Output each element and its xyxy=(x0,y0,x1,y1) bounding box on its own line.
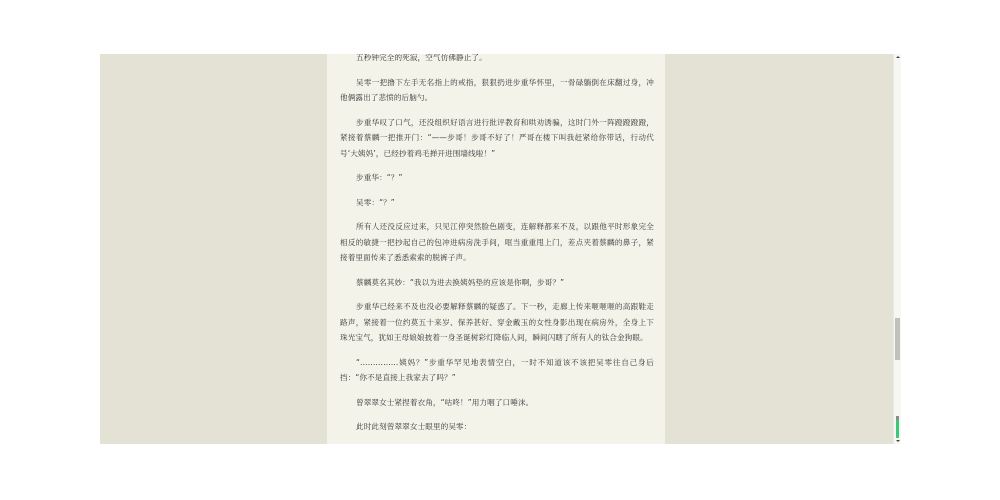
scroll-down-arrow-icon[interactable] xyxy=(896,440,900,442)
reading-viewport[interactable]: 五秒钟完全的死寂，空气仿佛静止了。 吴零一把撸下左手无名指上的戒指，狠狠扔进步重… xyxy=(100,54,900,444)
paragraph: 吴零一把撸下左手无名指上的戒指，狠狠扔进步重华怀里，一骨碌躺倒在床翻过身，冲他俩… xyxy=(340,75,654,106)
paragraph: “……………姨妈？”步重华罕见地表情空白，一时不知道该不该把吴零往自己身后挡：“… xyxy=(340,355,654,386)
paragraph: 五秒钟完全的死寂，空气仿佛静止了。 xyxy=(340,54,654,66)
paragraph: 步重华叹了口气，还没组织好语言进行批评教育和哄劝诱骗，这时门外一阵蹬蹬蹬蹬，紧接… xyxy=(340,115,654,162)
paragraph: 步重华：“？” xyxy=(340,170,654,186)
reading-progress-indicator xyxy=(896,416,899,438)
paragraph: 吴零：“？” xyxy=(340,195,654,211)
paragraph: 所有人还没反应过来，只见江停突然脸色剧变，连解释都来不及，以跟他平时形象完全相反… xyxy=(340,219,654,266)
scroll-up-arrow-icon[interactable] xyxy=(896,56,900,58)
paragraph: 一脸病容，苍白冷峻，眼珠乌黑，目光严厉，额头脖颈手臂上处处都是伤痕和纱布，强得像… xyxy=(340,444,654,445)
vertical-scrollbar[interactable] xyxy=(893,54,901,444)
scroll-thumb[interactable] xyxy=(895,318,900,360)
paragraph: 步重华已经来不及也没必要解释蔡麟的疑惑了。下一秒，走廊上传来咂咂咂的高跟鞋走路声… xyxy=(340,299,654,346)
paragraph: 曾翠翠女士紧捏着衣角，“咕咚！”用力咽了口唾沫。 xyxy=(340,395,654,411)
paragraph: 此时此刻曾翠翠女士眼里的吴零： xyxy=(340,419,654,435)
paragraph: 蔡麟莫名其妙：“我以为进去换姨妈垫的应该是你啊，步哥？” xyxy=(340,275,654,291)
chapter-content: 五秒钟完全的死寂，空气仿佛静止了。 吴零一把撸下左手无名指上的戒指，狠狠扔进步重… xyxy=(327,54,665,444)
